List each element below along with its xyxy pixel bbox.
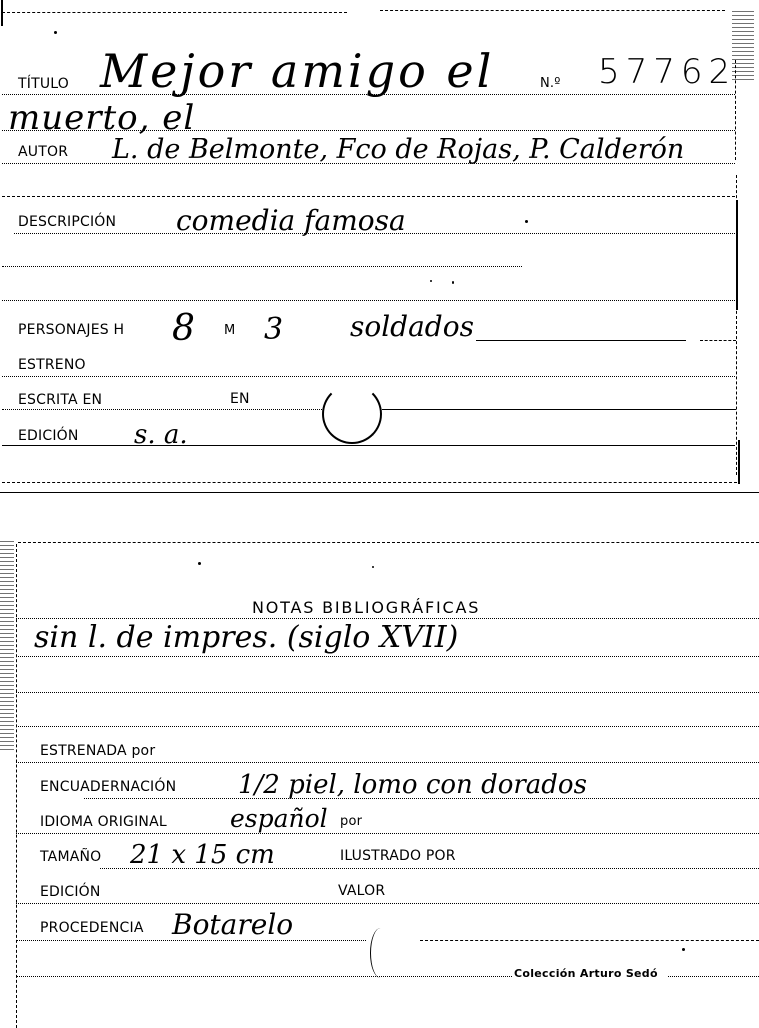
collection-stamp: Colección Arturo Sedó — [514, 967, 658, 980]
tamano-value: 21 x 15 cm — [130, 840, 275, 870]
numero-value: 57762 — [598, 52, 736, 92]
ink-speck — [682, 948, 685, 951]
hole-punch-mark — [322, 384, 382, 444]
card-right-edge — [738, 440, 740, 484]
estrenada-label: ESTRENADA por — [40, 743, 155, 759]
notas-line — [16, 692, 759, 693]
card-left-edge — [16, 544, 17, 1028]
procedencia-line — [16, 940, 366, 941]
personajes-m-label: M — [224, 323, 235, 338]
footer-line — [668, 976, 759, 977]
idioma-por-label: por — [340, 814, 362, 829]
personajes-line — [700, 340, 736, 341]
card-top-border — [18, 542, 759, 543]
ink-speck — [198, 562, 201, 565]
footer-line — [16, 976, 512, 977]
titulo-line-2 — [2, 130, 735, 131]
personajes-extra: soldados — [350, 310, 474, 343]
card-right-edge — [736, 200, 738, 310]
blank-line — [2, 266, 522, 267]
valor-label: VALOR — [338, 883, 385, 899]
procedencia-label: PROCEDENCIA — [40, 920, 144, 936]
escrita-en-line — [2, 409, 322, 410]
edicion-label: EDICIÓN — [40, 884, 101, 900]
descripcion-line — [14, 233, 735, 234]
card-bottom-border — [2, 482, 737, 483]
procedencia-line — [420, 940, 759, 941]
notas-heading: NOTAS BIBLIOGRÁFICAS — [252, 598, 480, 617]
personajes-label: PERSONAJES H — [18, 322, 124, 338]
idioma-line — [16, 833, 759, 834]
encuadernacion-value: 1/2 piel, lomo con dorados — [238, 770, 587, 800]
estreno-line — [2, 376, 735, 377]
autor-label: AUTOR — [18, 144, 68, 160]
encuadernacion-line — [84, 798, 759, 799]
ink-speck — [525, 220, 528, 223]
card-top-border — [380, 10, 725, 11]
catalog-card-front: TÍTULO Mejor amigo el N.º 57762 muerto, … — [0, 0, 759, 500]
ink-speck — [452, 281, 454, 284]
edicion-label: EDICIÓN — [18, 428, 79, 444]
personajes-m-value: 3 — [264, 312, 283, 347]
notas-line — [16, 656, 759, 657]
estrenada-line — [16, 762, 759, 763]
card-bottom-edge — [0, 492, 759, 493]
encuadernacion-label: ENCUADERNACIÓN — [40, 779, 176, 795]
idioma-label: IDIOMA ORIGINAL — [40, 814, 167, 830]
titulo-label: TÍTULO — [18, 76, 69, 92]
autor-line — [2, 163, 735, 164]
escrita-en-en-label: EN — [230, 391, 250, 407]
tamano-label: TAMAÑO — [40, 849, 101, 865]
notas-value: sin l. de impres. (siglo XVII) — [34, 620, 458, 655]
titulo-line — [2, 94, 735, 95]
card-top-border — [2, 12, 347, 13]
edicion-line — [2, 445, 735, 446]
idioma-value: español — [230, 804, 328, 833]
escrita-en-line — [382, 409, 736, 410]
personajes-line — [476, 340, 686, 341]
titulo-value: Mejor amigo el — [100, 44, 494, 98]
ink-speck — [372, 566, 374, 568]
edicion-line — [16, 903, 759, 904]
blank-line — [2, 196, 735, 197]
autor-value: L. de Belmonte, Fco de Rojas, P. Calderó… — [112, 134, 684, 165]
blank-line — [2, 300, 735, 301]
descripcion-label: DESCRIPCIÓN — [18, 214, 116, 230]
catalog-card-back: NOTAS BIBLIOGRÁFICAS sin l. de impres. (… — [0, 520, 759, 1028]
escrita-en-label: ESCRITA EN — [18, 392, 102, 408]
hole-punch-mark — [370, 928, 391, 978]
ink-speck — [430, 280, 432, 282]
procedencia-value: Botarelo — [172, 908, 293, 941]
ink-speck — [54, 31, 57, 34]
notas-line — [16, 618, 759, 619]
numero-label: N.º — [540, 76, 561, 91]
personajes-h-value: 8 — [172, 308, 195, 349]
titulo-value-line2: muerto, el — [8, 98, 195, 138]
notas-line — [16, 726, 759, 727]
scan-noise — [0, 540, 14, 750]
estreno-label: ESTRENO — [18, 357, 86, 373]
card-left-edge — [1, 0, 3, 26]
ilustrado-label: ILUSTRADO POR — [340, 848, 456, 864]
tamano-line — [100, 868, 759, 869]
